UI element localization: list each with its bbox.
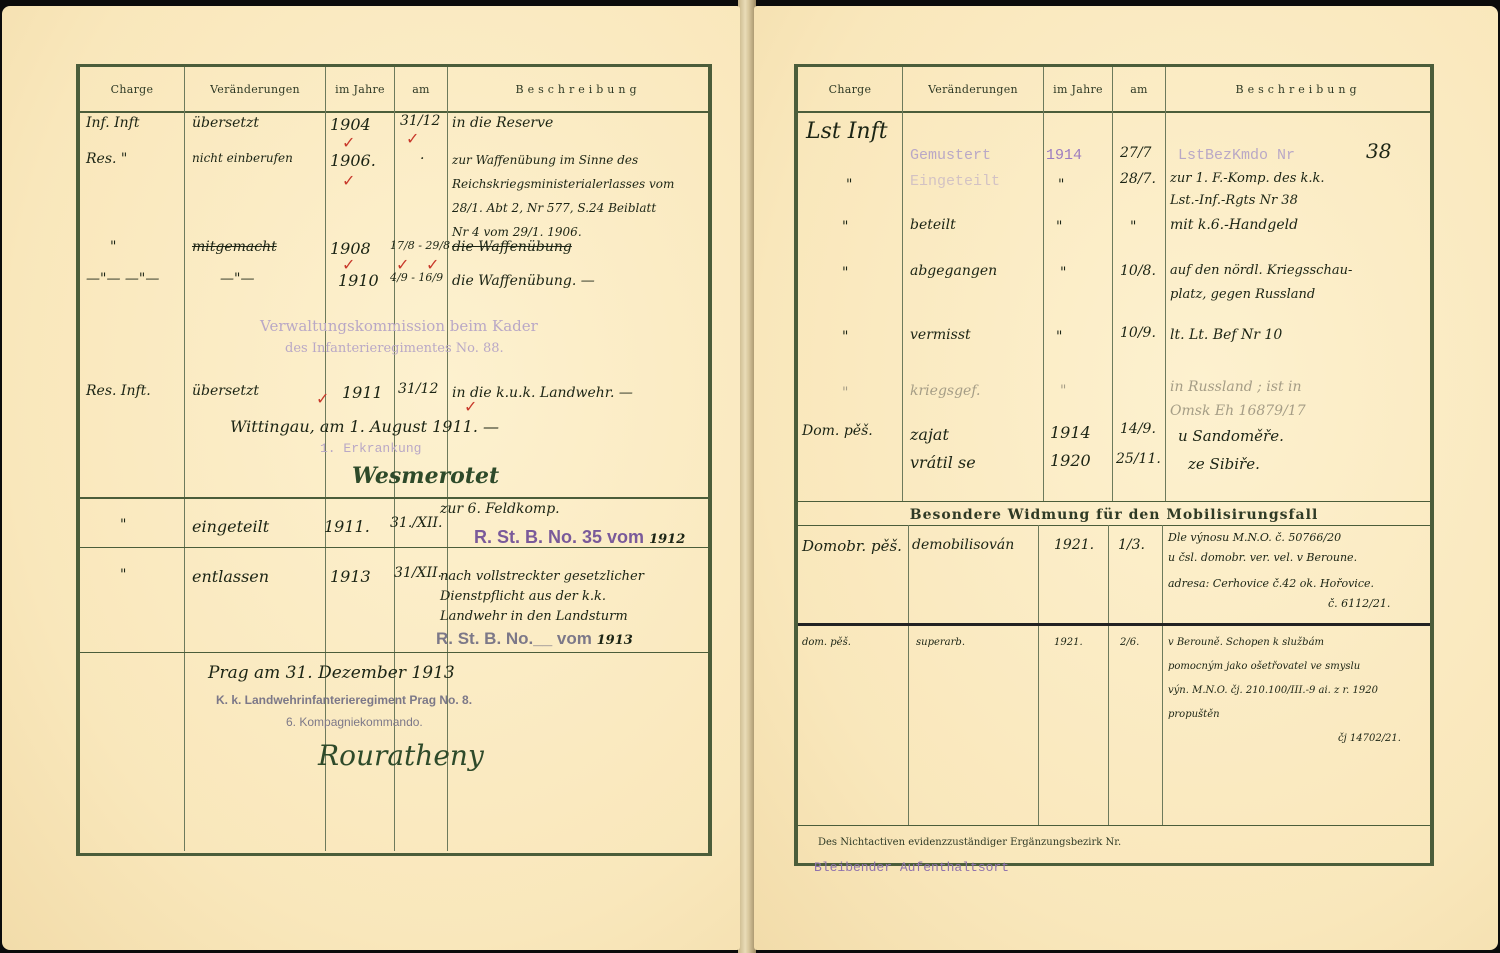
row-description-line: Wittingau, am 1. August 1911. — bbox=[230, 417, 499, 436]
row-description: die Waffenübung bbox=[452, 239, 572, 255]
row-change: kriegsgef. bbox=[910, 383, 980, 399]
row-change: —"— bbox=[220, 271, 254, 287]
row-year: 1906. bbox=[330, 151, 376, 170]
mob-row-description-line: u čsl. domobr. ver. vel. v Beroune. bbox=[1168, 551, 1357, 564]
mob-row-description-line: výn. M.N.O. čj. 210.100/III.-9 ai. z r. … bbox=[1168, 685, 1378, 696]
mob-row-year: 1921. bbox=[1054, 537, 1094, 553]
mob-row-description-line: čj 14702/21. bbox=[1338, 733, 1401, 744]
row-charge: Dom. pěš. bbox=[802, 423, 873, 439]
row-date: 31/12 bbox=[398, 381, 438, 397]
residence-stamp: Bleibender Aufenthaltsort bbox=[814, 860, 1009, 875]
row-year: 1911 bbox=[342, 383, 383, 402]
row-year: " bbox=[1056, 219, 1062, 235]
row-date: 28/7. bbox=[1120, 171, 1156, 187]
row-description: zur 6. Feldkomp. bbox=[440, 501, 560, 517]
row-charge: " bbox=[120, 567, 126, 583]
row-year: 1911. bbox=[324, 517, 370, 536]
row-year: 1910 bbox=[338, 271, 379, 290]
row-description-line: Reichskriegsministerialerlasses vom bbox=[452, 177, 674, 191]
check-mark-icon: ✓ bbox=[342, 171, 355, 190]
row-description: mit k.6.-Handgeld bbox=[1170, 217, 1298, 233]
row-charge: Res. " bbox=[86, 151, 127, 167]
header-year: im Jahre bbox=[326, 67, 395, 111]
right-page: Charge Veränderungen im Jahre am Beschre… bbox=[754, 6, 1498, 950]
row-description: die Waffenübung. — bbox=[452, 273, 595, 289]
rstb-stamp-1-year: 1912 bbox=[649, 532, 685, 547]
row-charge: Lst Inft bbox=[806, 119, 888, 144]
row-description: zur 1. F.-Komp. des k.k. bbox=[1170, 171, 1325, 186]
regiment-stamp-line2: 6. Kompagniekommando. bbox=[286, 715, 423, 729]
mob-row-description-line: pomocným jako ošetřovatel ve smyslu bbox=[1168, 661, 1360, 672]
row-charge: " bbox=[120, 517, 126, 533]
check-mark-icon: ✓ bbox=[406, 129, 419, 148]
header-year: im Jahre bbox=[1044, 67, 1113, 111]
mob-row-description-line: adresa: Cerhovice č.42 ok. Hořovice. bbox=[1168, 577, 1374, 590]
rstb-stamp-1-text: R. St. B. No. 35 vom bbox=[474, 527, 644, 547]
row-change: eingeteilt bbox=[192, 517, 269, 536]
header-date: am bbox=[1113, 67, 1166, 111]
row-charge: " bbox=[846, 177, 852, 193]
header-charge: Charge bbox=[80, 67, 185, 111]
mob-row-charge: dom. pěš. bbox=[802, 637, 851, 648]
row-change: vermisst bbox=[910, 327, 971, 343]
mob-row-description: v Berouně. Schopen k službám bbox=[1168, 637, 1324, 648]
rstb-stamp-1: R. St. B. No. 35 vom 1912 bbox=[474, 527, 685, 548]
row-date: " bbox=[1130, 219, 1136, 235]
mob-row-description-line: propuštěn bbox=[1168, 709, 1220, 720]
row-description: lt. Lt. Bef Nr 10 bbox=[1170, 327, 1282, 343]
row-year: 1913 bbox=[330, 567, 371, 586]
left-table-header: Charge Veränderungen im Jahre am Beschre… bbox=[80, 67, 708, 113]
row-description: zur Waffenübung im Sinne des bbox=[452, 153, 638, 167]
row-change-stamp: Gemustert bbox=[910, 147, 991, 164]
row-year: " bbox=[1060, 383, 1066, 399]
row-change: entlassen bbox=[192, 567, 269, 586]
right-table-header: Charge Veränderungen im Jahre am Beschre… bbox=[798, 67, 1430, 113]
row-date: 10/9. bbox=[1120, 325, 1156, 341]
row-description: nach vollstreckter gesetzlicher bbox=[440, 569, 644, 584]
lst-kmdo-stamp: LstBezKmdo Nr bbox=[1178, 147, 1295, 164]
mob-row-date: 1/3. bbox=[1118, 537, 1145, 553]
row-description-line: Nr 4 vom 29/1. 1906. bbox=[452, 225, 582, 239]
row-year: " bbox=[1060, 265, 1066, 281]
row-description: in die Reserve bbox=[452, 115, 553, 131]
mob-row-description-line: č. 6112/21. bbox=[1328, 597, 1390, 610]
mobilization-title: Besondere Widmung für den Mobilisirungsf… bbox=[798, 507, 1430, 523]
row-description-line: Lst.-Inf.-Rgts Nr 38 bbox=[1170, 193, 1298, 208]
row-year: 1914 bbox=[1050, 423, 1091, 442]
mob-row-year: 1921. bbox=[1054, 637, 1083, 648]
row-description: ze Sibiře. bbox=[1188, 455, 1260, 473]
row-charge: " bbox=[842, 265, 848, 281]
row-year: 1920 bbox=[1050, 451, 1091, 470]
row-change: übersetzt bbox=[192, 115, 259, 131]
left-page: Charge Veränderungen im Jahre am Beschre… bbox=[2, 6, 740, 950]
place-date: Prag am 31. Dezember 1913 bbox=[208, 663, 455, 683]
row-charge: " bbox=[110, 239, 116, 255]
header-date: am bbox=[395, 67, 448, 111]
row-year: 1904 bbox=[330, 115, 371, 134]
header-charge: Charge bbox=[798, 67, 903, 111]
row-date: 17/8 - 29/8 bbox=[390, 239, 450, 252]
row-change: zajat bbox=[910, 425, 949, 444]
row-charge: —"— —"— bbox=[86, 271, 159, 287]
mob-row-change: demobilisován bbox=[912, 537, 1014, 553]
row-description-line: Omsk Eh 16879/17 bbox=[1170, 403, 1306, 419]
regiment-stamp-line1: K. k. Landwehrinfanterieregiment Prag No… bbox=[216, 693, 472, 707]
row-description: in Russland ; ist in bbox=[1170, 379, 1302, 395]
row-description: in die k.u.k. Landwehr. — bbox=[452, 385, 633, 401]
rstb-stamp-2: R. St. B. No.__ vom 1913 bbox=[436, 629, 633, 649]
row-charge: " bbox=[842, 385, 848, 401]
row-description: auf den nördl. Kriegsschau- bbox=[1170, 263, 1352, 278]
mob-row-description: Dle výnosu M.N.O. č. 50766/20 bbox=[1168, 531, 1341, 544]
row-date: 31/XII. bbox=[394, 565, 442, 581]
header-changes: Veränderungen bbox=[185, 67, 326, 111]
row-charge: Inf. Inft bbox=[86, 115, 139, 131]
row-year: " bbox=[1056, 329, 1062, 345]
signature-1: Wesmerotet bbox=[352, 463, 499, 489]
row-change: nicht einberufen bbox=[192, 151, 293, 165]
row-change: mitgemacht bbox=[192, 239, 277, 255]
check-mark-icon: ✓ bbox=[342, 133, 355, 152]
row-date: 10/8. bbox=[1120, 263, 1156, 279]
row-change: vrátil se bbox=[910, 453, 976, 472]
row-description: u Sandoměře. bbox=[1178, 427, 1284, 445]
row-charge: " bbox=[842, 219, 848, 235]
signature-2: Rouratheny bbox=[318, 739, 484, 772]
row-change: abgegangen bbox=[910, 263, 997, 279]
row-change: beteilt bbox=[910, 217, 956, 233]
commission-stamp-line2: des Infanterieregimentes No. 88. bbox=[285, 341, 504, 356]
rstb-stamp-2-text: R. St. B. No.__ vom bbox=[436, 629, 592, 648]
footer-printed-label: Des Nichtactiven evidenzzuständiger Ergä… bbox=[818, 837, 1121, 848]
mob-row-date: 2/6. bbox=[1120, 637, 1139, 648]
rstb-stamp-2-year: 1913 bbox=[597, 633, 633, 648]
row-date: 14/9. bbox=[1120, 421, 1156, 437]
right-table-frame: Charge Veränderungen im Jahre am Beschre… bbox=[794, 64, 1434, 866]
row-date: · bbox=[420, 151, 424, 167]
row-date: 27/7 bbox=[1120, 145, 1151, 161]
header-description: Beschreibung bbox=[448, 67, 708, 111]
mob-row-change: superarb. bbox=[916, 637, 965, 648]
row-date: 4/9 - 16/9 bbox=[390, 271, 443, 284]
erkrankung-stamp: 1. Erkrankung bbox=[320, 441, 421, 456]
row-charge: " bbox=[842, 329, 848, 345]
commission-stamp-line1: Verwaltungskommission beim Kader bbox=[260, 317, 538, 335]
row-date: 31/12 bbox=[400, 113, 440, 129]
check-mark-icon: ✓ bbox=[316, 389, 329, 408]
row-description-line: Landwehr in den Landsturm bbox=[440, 609, 628, 624]
row-date: 25/11. bbox=[1116, 451, 1161, 467]
row-date: 31./XII. bbox=[390, 515, 442, 531]
lst-kmdo-number: 38 bbox=[1366, 139, 1391, 163]
row-description-line: Dienstpflicht aus der k.k. bbox=[440, 589, 606, 604]
left-table-frame: Charge Veränderungen im Jahre am Beschre… bbox=[76, 64, 712, 856]
row-year: " bbox=[1058, 177, 1064, 193]
header-description: Beschreibung bbox=[1166, 67, 1430, 111]
check-mark-icon: ✓ bbox=[464, 397, 477, 416]
header-changes: Veränderungen bbox=[903, 67, 1044, 111]
row-description-line: 28/1. Abt 2, Nr 577, S.24 Beiblatt bbox=[452, 201, 656, 215]
row-description-line: platz, gegen Russland bbox=[1170, 287, 1315, 302]
row-charge: Res. Inft. bbox=[86, 383, 151, 399]
row-year-stamp: 1914 bbox=[1046, 147, 1082, 164]
row-change: übersetzt bbox=[192, 383, 259, 399]
mob-row-charge: Domobr. pěš. bbox=[802, 537, 902, 555]
row-change-stamp: Eingeteilt bbox=[910, 173, 1000, 190]
